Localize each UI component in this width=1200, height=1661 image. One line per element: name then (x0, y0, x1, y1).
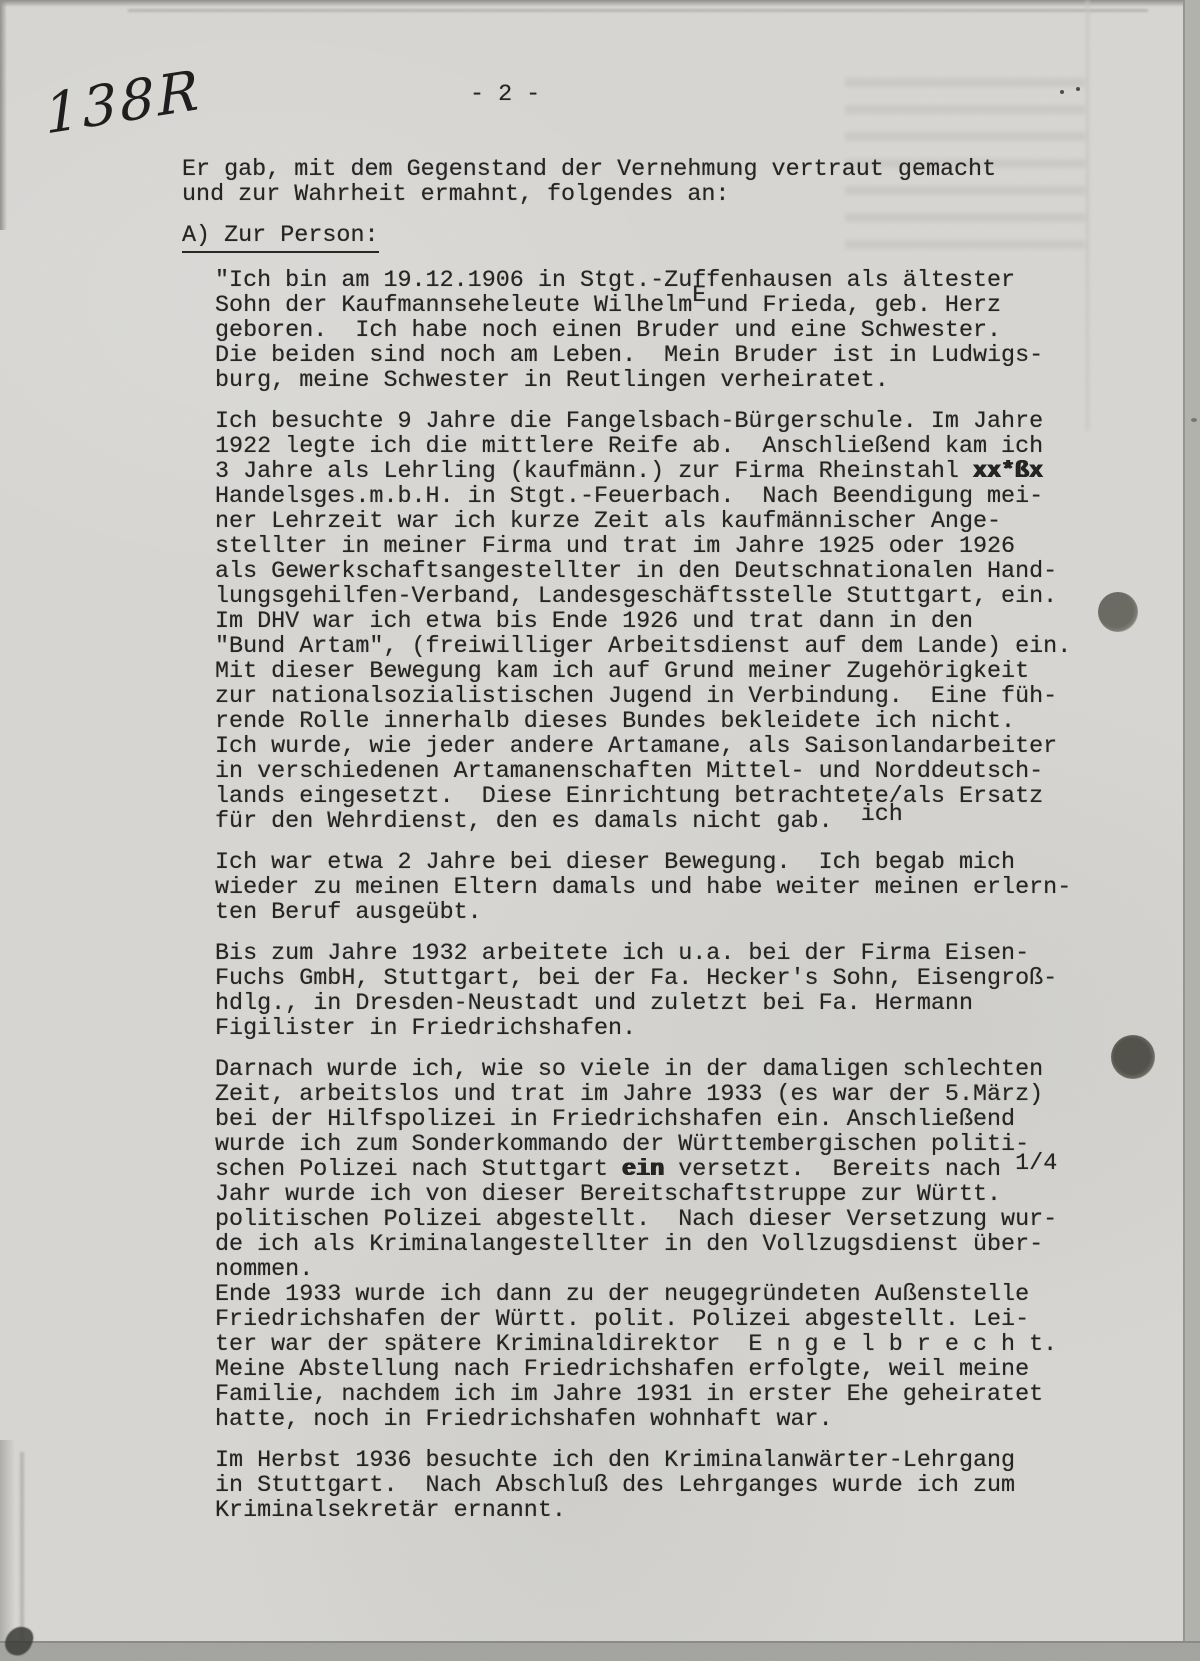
page-number: - 2 - (470, 82, 540, 108)
text-line: "Ich bin am 19.12.1906 in Stgt.-Zuffenha… (215, 269, 1200, 294)
text-line: Handelsges.m.b.H. in Stgt.-Feuerbach. Na… (215, 485, 1200, 510)
top-fold-line (128, 9, 1148, 12)
text-line: rende Rolle innerhalb dieses Bundes bekl… (215, 710, 1200, 735)
text-line: in Stuttgart. Nach Abschluß des Lehrgang… (215, 1474, 1200, 1499)
text-line: Sohn der Kaufmannseheleute WilhelmEund F… (215, 294, 1200, 319)
section-heading: A) Zur Person: (182, 224, 1200, 255)
text-line: "Bund Artam", (freiwilliger Arbeitsdiens… (215, 635, 1200, 660)
text-line: lands eingesetzt. Diese Einrichtung betr… (215, 785, 1200, 810)
text-line: Ich wurde, wie jeder andere Artamane, al… (215, 735, 1200, 760)
text-line: schen Polizei nach Stuttgart ein versetz… (215, 1158, 1200, 1183)
paragraph: "Ich bin am 19.12.1906 in Stgt.-Zuffenha… (215, 269, 1200, 394)
text-line: Die beiden sind noch am Leben. Mein Brud… (215, 344, 1200, 369)
text-line: Fuchs GmbH, Stuttgart, bei der Fa. Hecke… (215, 967, 1200, 992)
document-page: 138R - 2 - Er gab, mit dem Gegenstand de… (0, 0, 1200, 1661)
text-line: bei der Hilfspolizei in Friedrichshafen … (215, 1108, 1200, 1133)
text-line: Im DHV war ich etwa bis Ende 1926 und tr… (215, 610, 1200, 635)
text-line: burg, meine Schwester in Reutlingen verh… (215, 369, 1200, 394)
text-line: Jahr wurde ich von dieser Bereitschaftst… (215, 1183, 1200, 1208)
paragraph: Im Herbst 1936 besuchte ich den Kriminal… (215, 1449, 1200, 1524)
top-edge-shadow (0, 0, 1200, 7)
ink-speck (1076, 87, 1080, 91)
text-line: zur nationalsozialistischen Jugend in Ve… (215, 685, 1200, 710)
text-line: Er gab, mit dem Gegenstand der Vernehmun… (182, 158, 1200, 183)
handwritten-archive-number: 138R (43, 57, 203, 146)
text-line: nommen. (215, 1258, 1200, 1283)
typed-text-flow: Er gab, mit dem Gegenstand der Vernehmun… (0, 158, 1200, 1540)
text-line: Familie, nachdem ich im Jahre 1931 in er… (215, 1383, 1200, 1408)
text-line: Ich war etwa 2 Jahre bei dieser Bewegung… (215, 851, 1200, 876)
text-line: Friedrichshafen der Württ. polit. Polize… (215, 1308, 1200, 1333)
text-line: politischen Polizei abgestellt. Nach die… (215, 1208, 1200, 1233)
text-line: ten Beruf ausgeübt. (215, 901, 1200, 926)
ink-speck (1060, 90, 1064, 94)
text-line: stellter in meiner Firma und trat im Jah… (215, 535, 1200, 560)
text-line: Figilister in Friedrichshafen. (215, 1017, 1200, 1042)
text-line: Im Herbst 1936 besuchte ich den Kriminal… (215, 1449, 1200, 1474)
text-line: 3 Jahre als Lehrling (kaufmänn.) zur Fir… (215, 460, 1200, 485)
text-line: Ich besuchte 9 Jahre die Fangelsbach-Bür… (215, 410, 1200, 435)
text-line: als Gewerkschaftsangestellter in den Deu… (215, 560, 1200, 585)
text-line: geboren. Ich habe noch einen Bruder und … (215, 319, 1200, 344)
text-line: de ich als Kriminalangestellter in den V… (215, 1233, 1200, 1258)
intro-paragraph: Er gab, mit dem Gegenstand der Vernehmun… (182, 158, 1200, 208)
text-line: Meine Abstellung nach Friedrichshafen er… (215, 1358, 1200, 1383)
text-line: Bis zum Jahre 1932 arbeitete ich u.a. be… (215, 942, 1200, 967)
text-line: 1922 legte ich die mittlere Reife ab. An… (215, 435, 1200, 460)
text-line: ter war der spätere Kriminaldirektor E n… (215, 1333, 1200, 1358)
text-line: für den Wehrdienst, den es damals nicht … (215, 810, 1200, 835)
statement-body: "Ich bin am 19.12.1906 in Stgt.-Zuffenha… (215, 269, 1200, 1524)
paragraph: Bis zum Jahre 1932 arbeitete ich u.a. be… (215, 942, 1200, 1042)
section-heading-text: A) Zur Person: (182, 224, 379, 253)
text-line: und zur Wahrheit ermahnt, folgendes an: (182, 183, 1200, 208)
text-line: hatte, noch in Friedrichshafen wohnhaft … (215, 1408, 1200, 1433)
paragraph: Ich war etwa 2 Jahre bei dieser Bewegung… (215, 851, 1200, 926)
text-line: in verschiedenen Artamanenschaften Mitte… (215, 760, 1200, 785)
paragraph: Darnach wurde ich, wie so viele in der d… (215, 1058, 1200, 1433)
text-line: hdlg., in Dresden-Neustadt und zuletzt b… (215, 992, 1200, 1017)
text-line: lungsgehilfen-Verband, Landesgeschäftsst… (215, 585, 1200, 610)
text-line: Zeit, arbeitslos und trat im Jahre 1933 … (215, 1083, 1200, 1108)
bottom-edge-shadow (0, 1641, 1200, 1661)
text-line: Darnach wurde ich, wie so viele in der d… (215, 1058, 1200, 1083)
text-line: wieder zu meinen Eltern damals und habe … (215, 876, 1200, 901)
text-line: Ende 1933 wurde ich dann zu der neugegrü… (215, 1283, 1200, 1308)
text-line: Mit dieser Bewegung kam ich auf Grund me… (215, 660, 1200, 685)
text-line: ner Lehrzeit war ich kurze Zeit als kauf… (215, 510, 1200, 535)
text-line: Kriminalsekretär ernannt. (215, 1499, 1200, 1524)
paragraph: Ich besuchte 9 Jahre die Fangelsbach-Bür… (215, 410, 1200, 835)
